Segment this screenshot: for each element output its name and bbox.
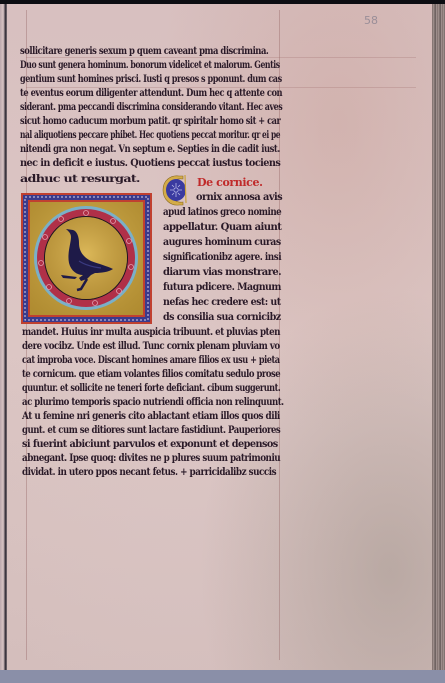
text-line: nitendi gra non negat. Vn septum e. Sept…: [20, 142, 280, 156]
text-line: nec in deficit e iustus. Quotiens peccat…: [20, 156, 280, 170]
text-line: te cornicum. que etiam volantes filios c…: [22, 367, 280, 381]
crow-illustration-icon: [21, 193, 152, 324]
book-edge-right: [432, 4, 445, 670]
text-line: At u femine nri generis cito ablactant e…: [22, 409, 280, 423]
text-line: Duo sunt genera hominum. bonorum videlic…: [20, 58, 280, 72]
illuminated-initial: [159, 173, 192, 207]
text-line: gentium sunt homines prisci. Iusti q pre…: [20, 72, 282, 86]
text-line: sicut homo caducum morbum patit. qr spir…: [20, 114, 280, 128]
text-line: sollicitare generis sexum p quem caveant…: [20, 44, 268, 58]
text-line: nal aliquotiens peccare phibet. Hec quot…: [20, 128, 280, 142]
text-line: nefas hec credere est: ut: [163, 295, 281, 309]
text-line: siderant. pma peccandi discrimina consid…: [20, 100, 282, 114]
text-line: adhuc ut resurgat.: [20, 172, 140, 186]
viewer-frame: 58 sollicitare generis sexum p quem cave…: [0, 0, 445, 683]
text-line: si fuerint abiciunt parvulos et exponunt…: [22, 437, 278, 451]
text-line: ds consilia sua cornicibz: [163, 310, 281, 324]
text-line: dividat. in utero ppos necant fetus. + p…: [22, 465, 276, 479]
initial-c-icon: [159, 173, 192, 207]
folio-number: 58: [364, 14, 378, 27]
text-line: dere vocibz. Unde est illud. Tunc cornix…: [22, 339, 280, 353]
text-line: significationibz agere. insi: [163, 250, 281, 264]
text-line: diarum vias monstrare.: [163, 265, 281, 279]
text-line: augures hominum curas: [163, 235, 281, 249]
text-line: quuntur. et sollicite ne teneri forte de…: [22, 381, 280, 395]
text-line: abnegant. Ipse quoq: divites ne p plures…: [22, 451, 280, 465]
text-line: appellatur. Quam aiunt: [163, 220, 281, 234]
text-line: ornix annosa avis: [196, 190, 282, 204]
text-line: te eventus eorum diligenter attendunt. D…: [20, 86, 282, 100]
miniature-crow: [21, 193, 152, 324]
bottom-border: [0, 670, 445, 683]
text-line: futura pdicere. Magnum: [163, 280, 281, 294]
text-line: cat improba voce. Discant homines amare …: [22, 353, 280, 367]
text-line: mandet. Huius inr multa auspicia tribuun…: [22, 325, 280, 339]
text-line: ac plurimo temporis spacio nutriendi off…: [22, 395, 284, 409]
text-line: apud latinos greco nomine: [163, 205, 281, 219]
chapter-rubric: De cornice.: [197, 176, 263, 189]
text-line: gunt. et cum se ditiores sunt lactare fa…: [22, 423, 280, 437]
